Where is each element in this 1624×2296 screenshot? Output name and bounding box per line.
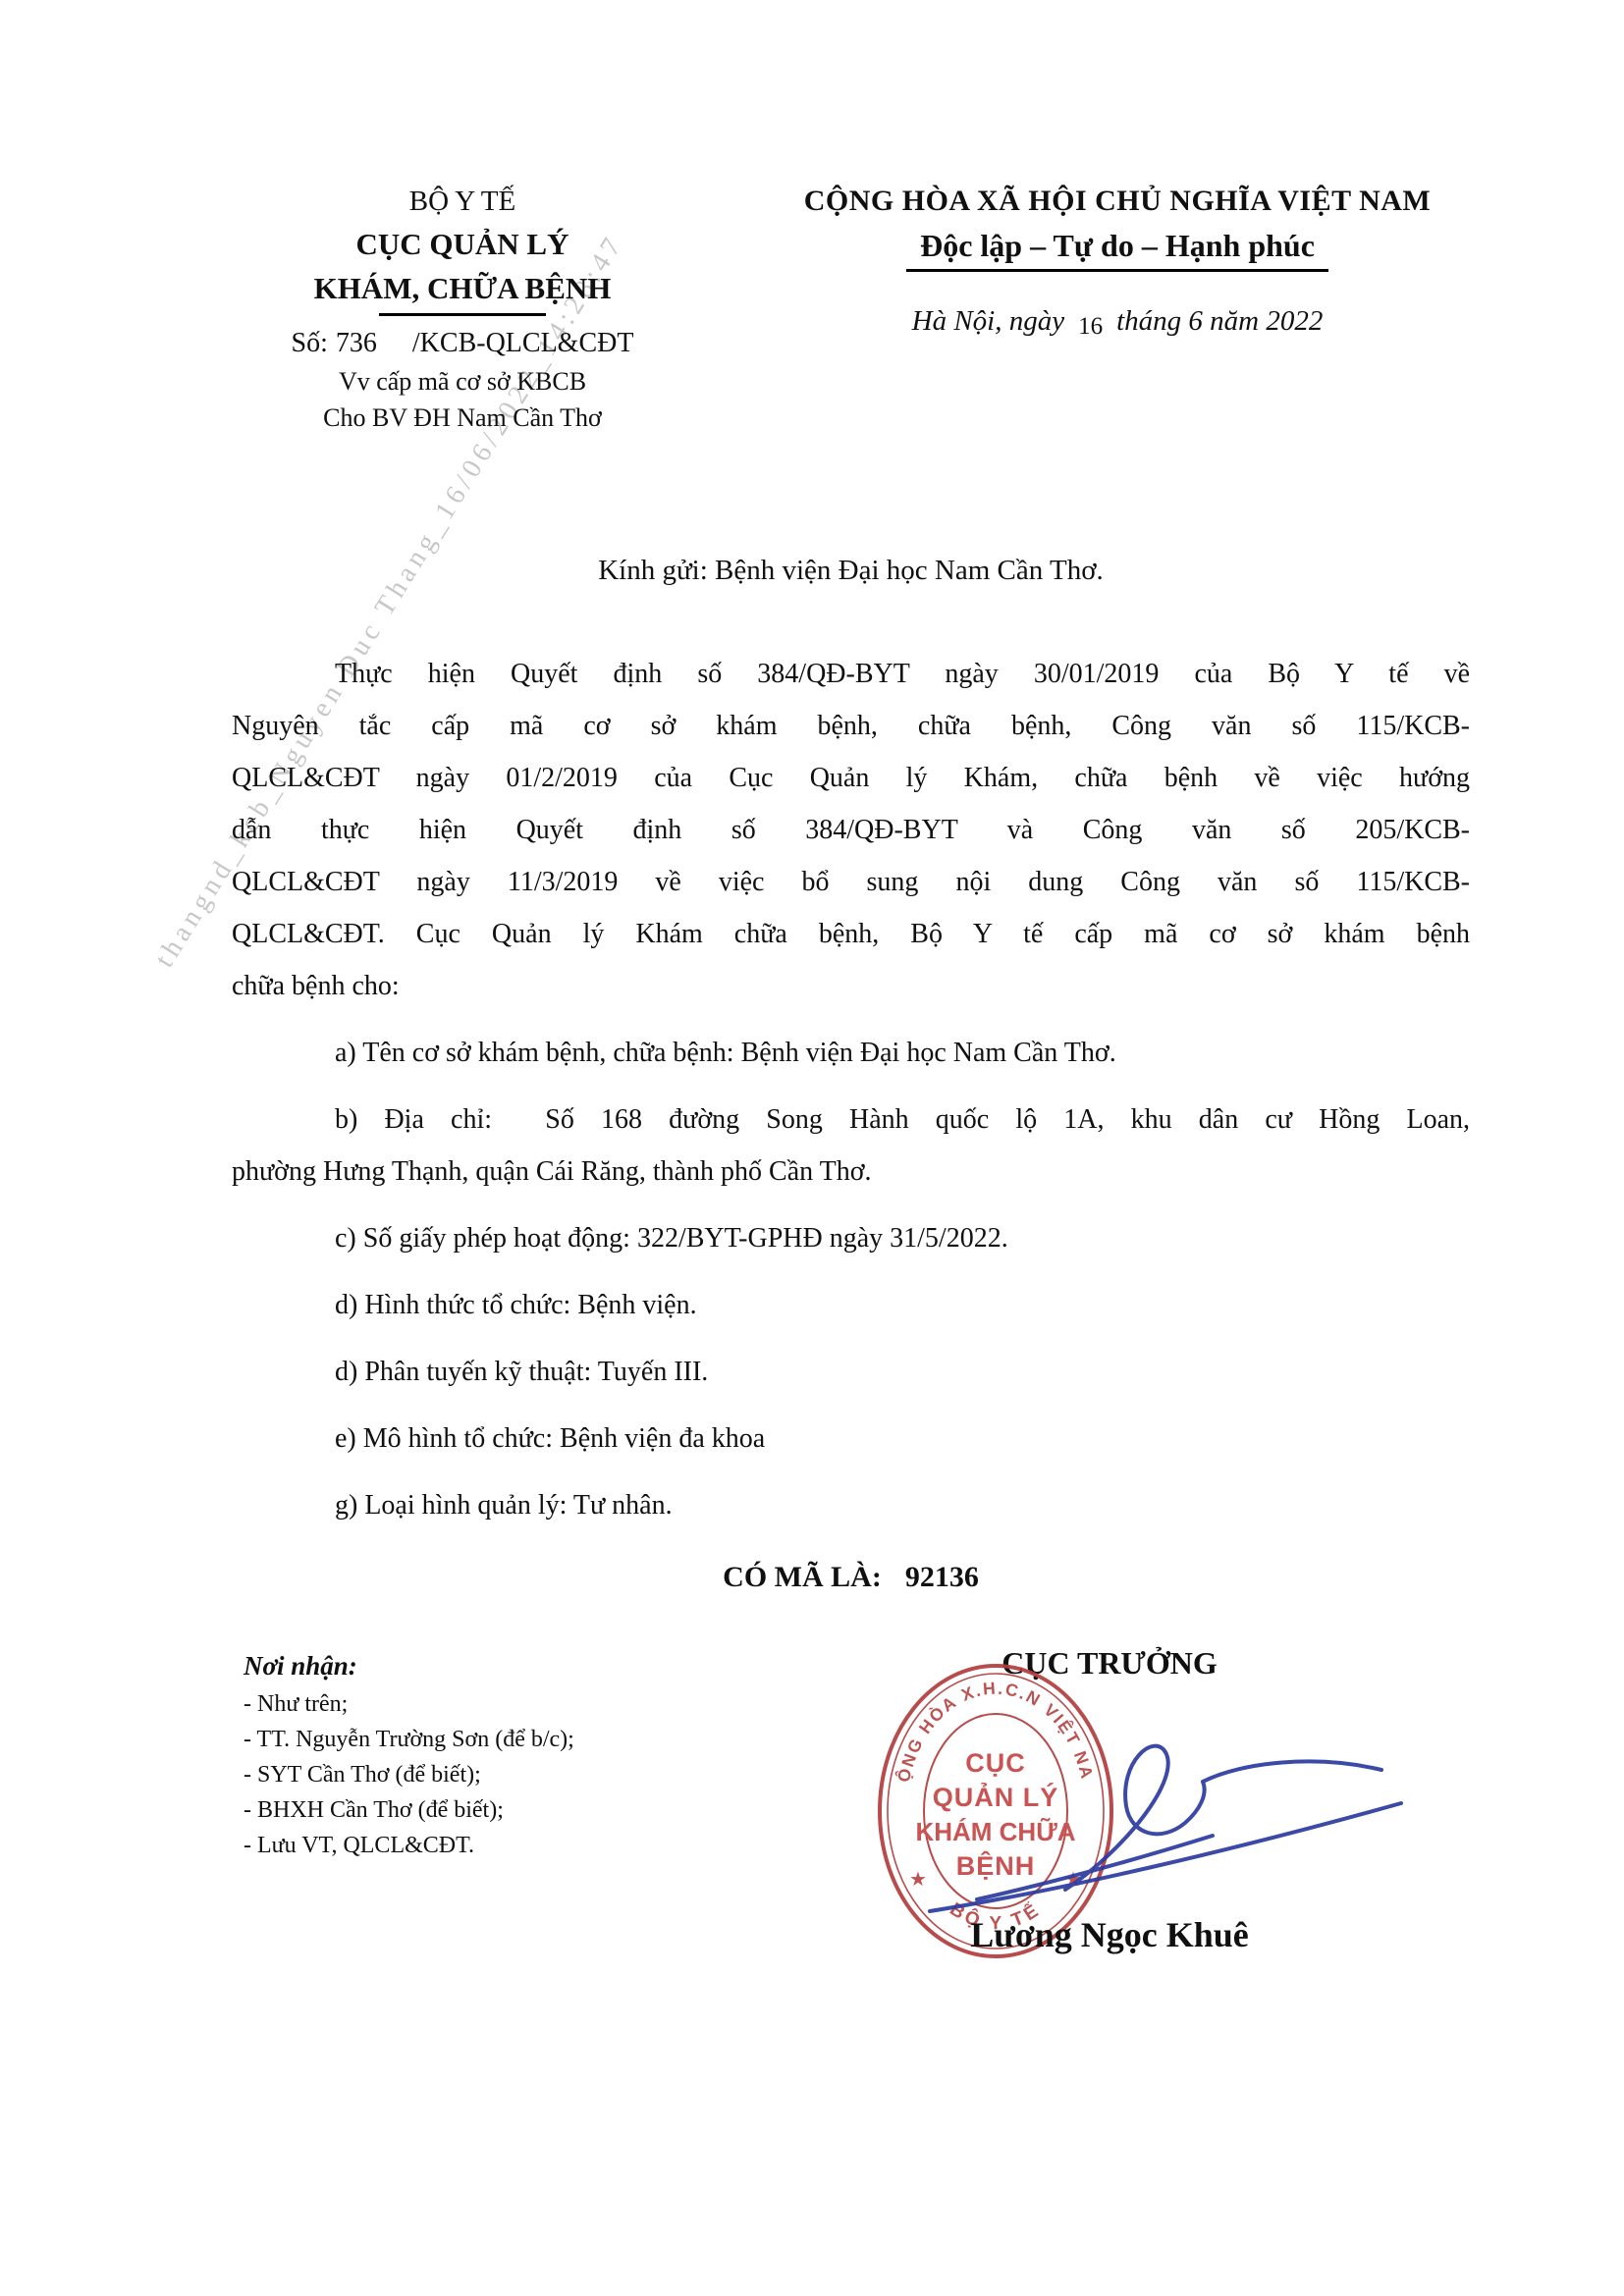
recipients-item: - SYT Cần Thơ (để biết); [244, 1757, 754, 1792]
national-title: CỘNG HÒA XÃ HỘI CHỦ NGHĨA VIỆT NAM [742, 180, 1492, 223]
date-suffix: tháng 6 năm 2022 [1116, 305, 1323, 337]
signature-stroke-flourish [1203, 1761, 1381, 1782]
document-body: Thực hiện Quyết định số 384/QĐ-BYT ngày … [232, 648, 1470, 1603]
document-number-line: Số:736/KCB-QLCL&CĐT [232, 324, 693, 363]
motto-underline [906, 269, 1328, 272]
signer-name: Lương Ngọc Khuê [913, 1914, 1306, 1955]
facility-code-line: CÓ MÃ LÀ:92136 [232, 1551, 1470, 1603]
signature-stroke-loop [1065, 1746, 1205, 1890]
ministry-name: BỘ Y TẾ [232, 180, 693, 223]
recipients-item: - TT. Nguyễn Trường Sơn (để b/c); [244, 1722, 754, 1757]
body-paragraph-line: Thực hiện Quyết định số 384/QĐ-BYT ngày … [232, 648, 1470, 700]
facility-code-value: 92136 [905, 1561, 979, 1593]
body-paragraph-line: Nguyên tắc cấp mã cơ sở khám bệnh, chữa … [232, 700, 1470, 752]
national-motto: Độc lập – Tự do – Hạnh phúc [742, 223, 1492, 268]
recipients-block: Nơi nhận: - Như trên; - TT. Nguyễn Trườn… [244, 1645, 754, 1863]
date-day: 16 [1078, 313, 1103, 340]
issuing-agency-block: BỘ Y TẾ CỤC QUẢN LÝ KHÁM, CHỮA BỆNH Số:7… [232, 180, 693, 436]
list-item-b-line1: b) Địa chỉ: Số 168 đường Song Hành quốc … [232, 1094, 1470, 1146]
agency-name-line2: KHÁM, CHỮA BỆNH [232, 266, 693, 311]
national-heading-block: CỘNG HÒA XÃ HỘI CHỦ NGHĨA VIỆT NAM Độc l… [742, 180, 1492, 338]
body-paragraph-line: QLCL&CĐT ngày 01/2/2019 của Cục Quản lý … [232, 752, 1470, 804]
body-paragraph-line: QLCL&CĐT. Cục Quản lý Khám chữa bệnh, Bộ… [232, 908, 1470, 960]
body-paragraph-line: QLCL&CĐT ngày 11/3/2019 về việc bổ sung … [232, 856, 1470, 908]
recipients-item: - Lưu VT, QLCL&CĐT. [244, 1828, 754, 1863]
list-item-d1: d) Hình thức tổ chức: Bệnh viện. [232, 1279, 1470, 1331]
recipients-item: - Như trên; [244, 1686, 754, 1722]
list-item-d2: d) Phân tuyến kỹ thuật: Tuyến III. [232, 1346, 1470, 1398]
document-subject-line1: Vv cấp mã cơ sở KBCB [232, 363, 693, 400]
date-prefix: Hà Nội, ngày [912, 305, 1064, 337]
agency-underline [379, 313, 546, 316]
recipients-item: - BHXH Cần Thơ (để biết); [244, 1792, 754, 1828]
recipients-title: Nơi nhận: [244, 1645, 754, 1686]
list-item-a: a) Tên cơ sở khám bệnh, chữa bệnh: Bệnh … [232, 1027, 1470, 1079]
list-item-c: c) Số giấy phép hoạt động: 322/BYT-GPHĐ … [232, 1212, 1470, 1264]
list-item-b-line2: phường Hưng Thạnh, quận Cái Răng, thành … [232, 1146, 1470, 1198]
agency-name-line1: CỤC QUẢN LÝ [232, 223, 693, 266]
document-number-suffix: /KCB-QLCL&CĐT [412, 328, 634, 358]
list-item-e: e) Mô hình tổ chức: Bệnh viện đa khoa [232, 1413, 1470, 1465]
document-number-label: Số: [292, 328, 328, 358]
facility-code-label: CÓ MÃ LÀ: [723, 1561, 882, 1593]
place-date-line: Hà Nội, ngày16tháng 6 năm 2022 [742, 305, 1492, 338]
document-subject-line2: Cho BV ĐH Nam Cần Thơ [232, 400, 693, 436]
document-number-value: 736 [336, 328, 377, 358]
body-paragraph-line: dẫn thực hiện Quyết định số 384/QĐ-BYT v… [232, 804, 1470, 856]
signature-ink [918, 1703, 1419, 1934]
document-page: thangnd_kcb_Nguyen Duc Thang_16/06/2022_… [0, 0, 1624, 2296]
list-item-g: g) Loại hình quản lý: Tư nhân. [232, 1479, 1470, 1531]
recipient-line: Kính gửi: Bệnh viện Đại học Nam Cần Thơ. [232, 555, 1470, 587]
body-paragraph-line: chữa bệnh cho: [232, 960, 1470, 1012]
